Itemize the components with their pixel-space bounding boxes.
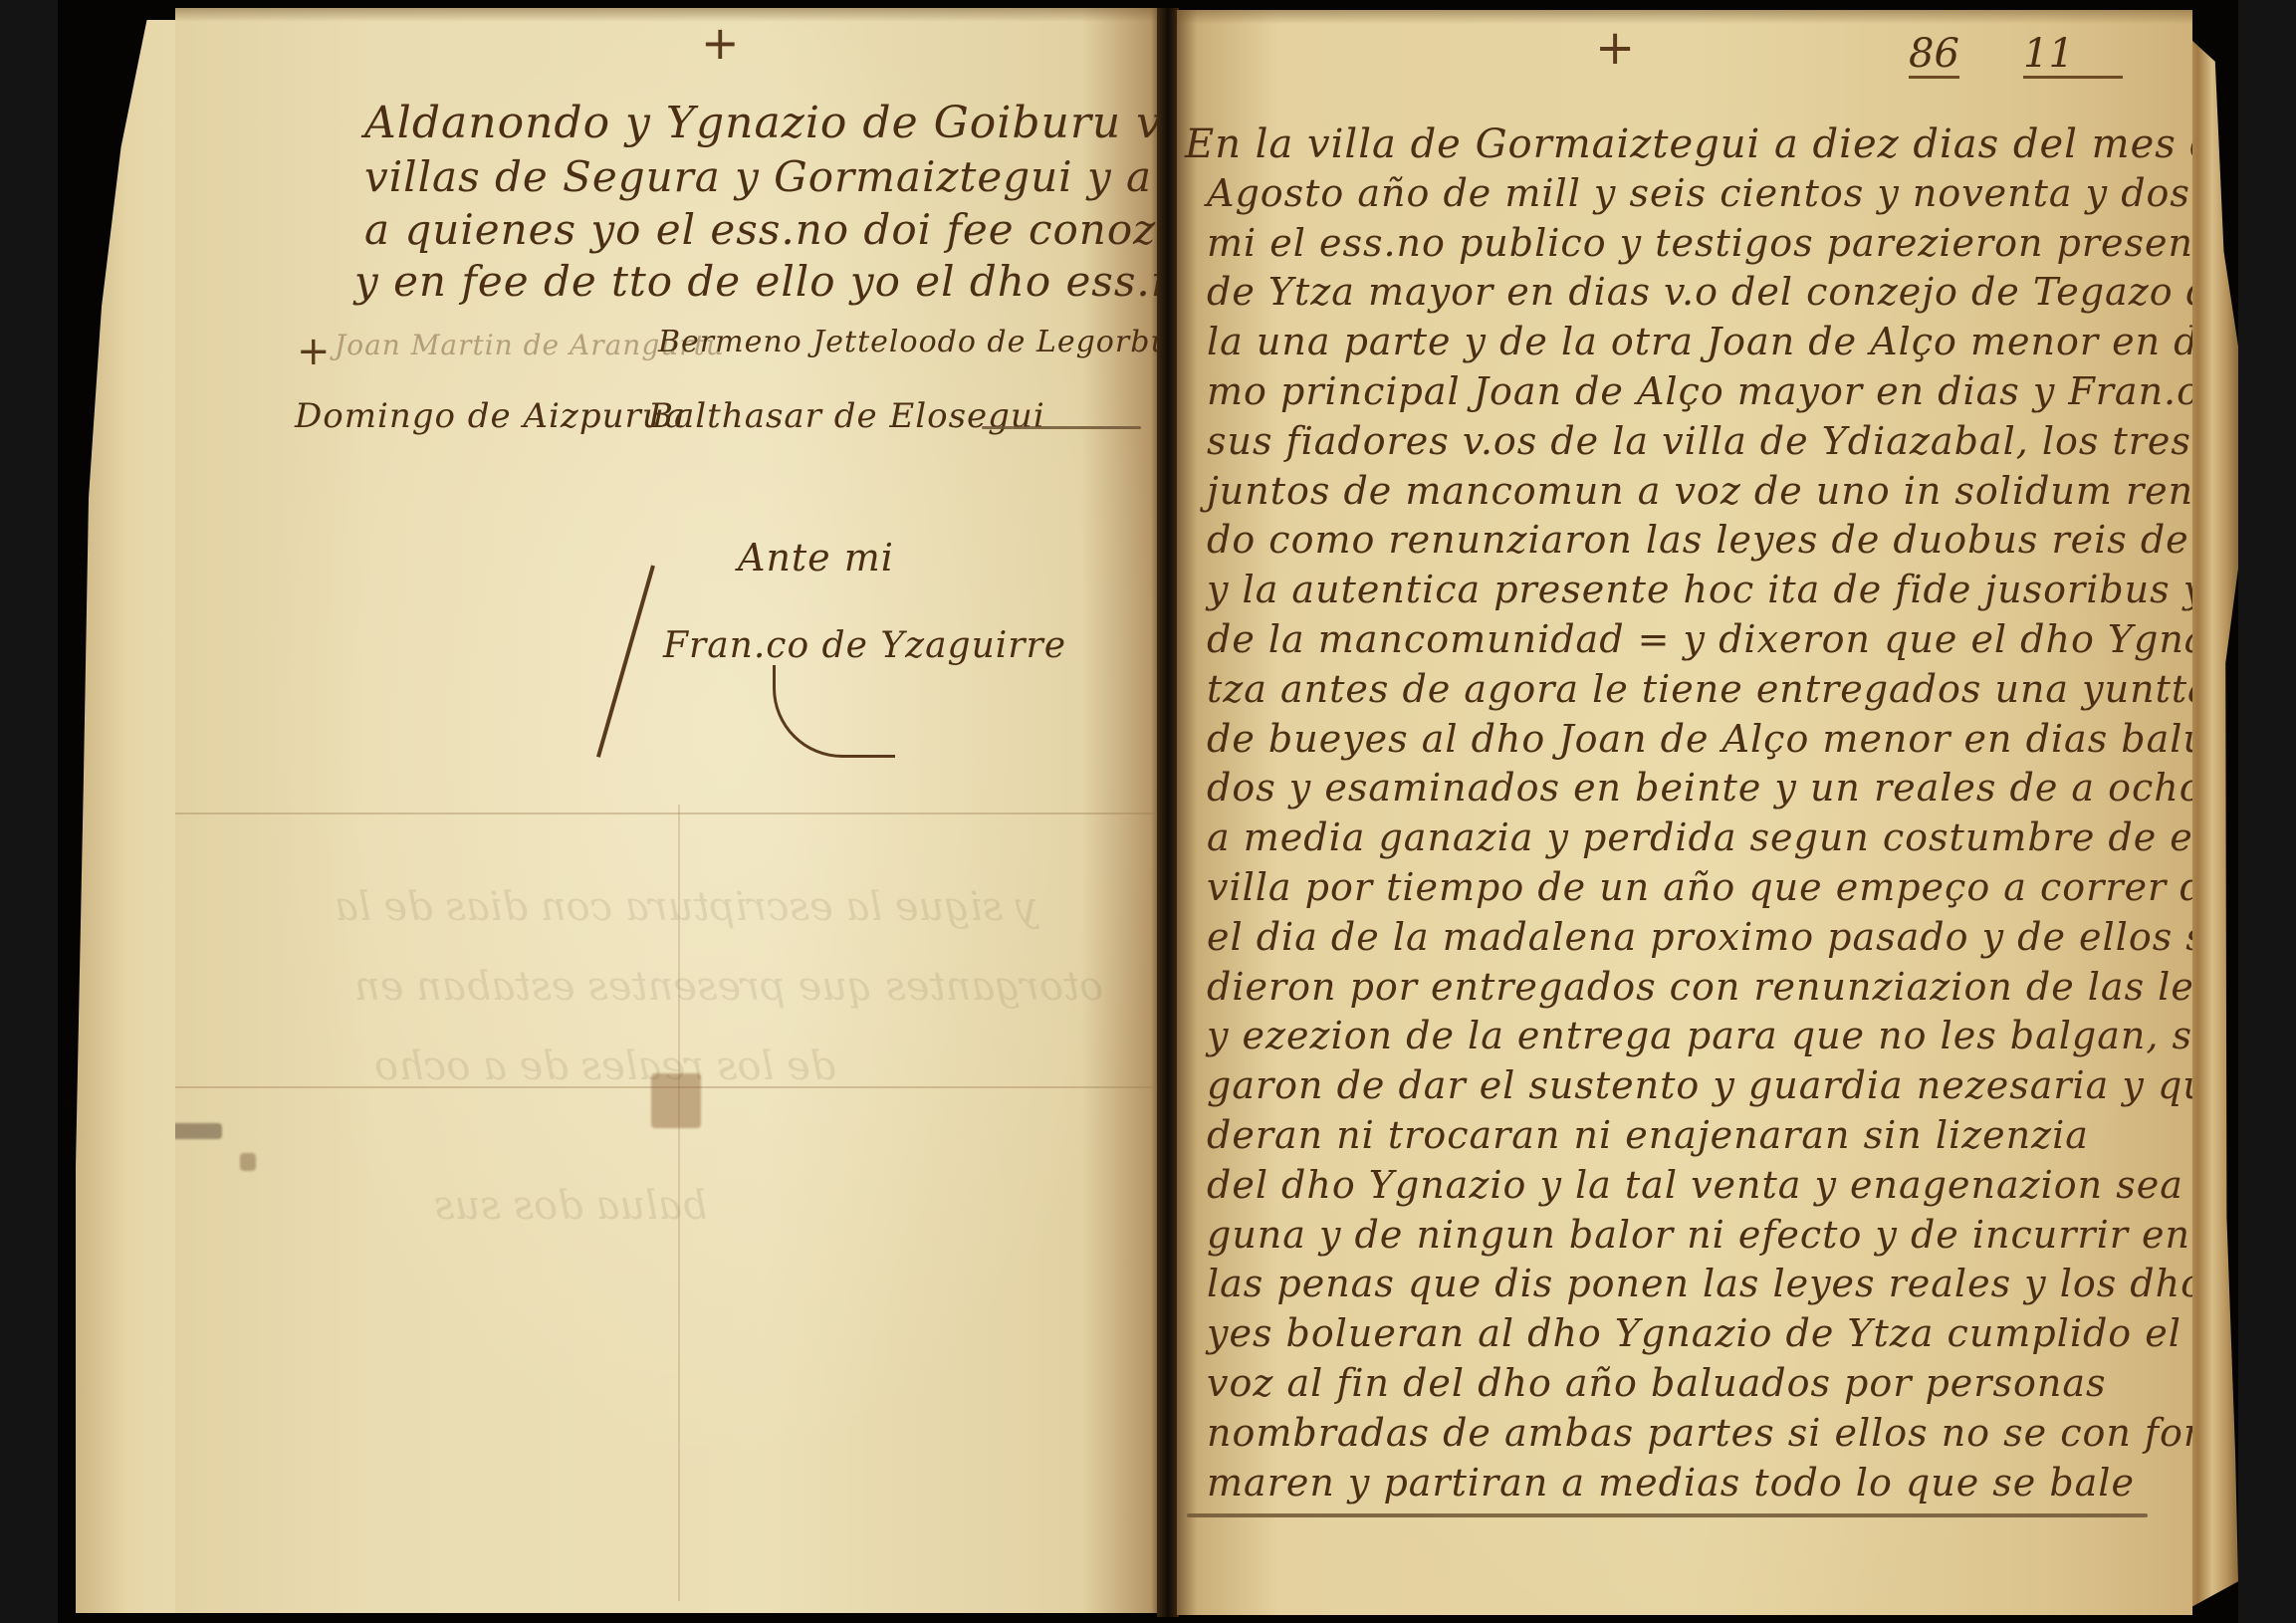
attestation-label: Ante mi: [738, 536, 894, 580]
text-line: Aldanondo y Ygnazio de Goiburu v.os de l…: [364, 98, 1161, 148]
text-line: mi el ess.no publico y testigos parezier…: [1207, 221, 2192, 265]
text-line: del dho Ygnazio y la tal venta y enagena…: [1207, 1163, 2192, 1207]
folio-number: 86: [1909, 32, 1959, 79]
stain: [240, 1153, 256, 1171]
text-line: villas de Segura y Gormaiztegui y a los,…: [364, 152, 1161, 201]
text-line: maren y partiran a medias todo lo que se…: [1207, 1461, 2135, 1505]
text-line: dos y esaminados en beinte y un reales d…: [1207, 766, 2192, 810]
signature: Domingo de Aizpurua: [295, 396, 686, 436]
text-line: a media ganazia y perdida segun costumbr…: [1207, 815, 2192, 859]
text-line: y la autentica presente hoc ita de fide …: [1207, 568, 2192, 611]
text-line: y ezezion de la entrega para que no les …: [1207, 1014, 2192, 1057]
cross-mark: +: [701, 16, 740, 70]
folio-number: 11: [2023, 32, 2123, 79]
text-line: las penas que dis ponen las leyes reales…: [1207, 1262, 2192, 1305]
signature: Bermeno Jetteloodo de Legorburu: [658, 325, 1161, 359]
text-line: y en fee de tto de ello yo el dho ess.no…: [354, 257, 1161, 306]
closing-rule: [1187, 1513, 2148, 1517]
text-line: mo principal Joan de Alço mayor en dias …: [1207, 369, 2192, 413]
text-line: de la mancomunidad = y dixeron que el dh…: [1207, 617, 2192, 661]
cross-mark: +: [1595, 20, 1635, 76]
bleed-through-text: otorgantes que presentes estaban en: [354, 964, 1103, 1010]
fold-line: [175, 812, 1161, 814]
torn-edge: [175, 8, 1161, 22]
text-line: villa por tiempo de un año que empeço a …: [1207, 865, 2192, 909]
text-line: Agosto año de mill y seis cientos y nove…: [1207, 171, 2192, 215]
torn-edge: [1177, 10, 2192, 24]
notary-signature: Fran.co de Yzaguirre: [663, 625, 1066, 666]
bleed-through-text: balua dos sus: [434, 1183, 707, 1229]
bleed-through-text: y sigue la escriptura con dias de la: [335, 884, 1037, 930]
text-line: de bueyes al dho Joan de Alço menor en d…: [1207, 717, 2192, 761]
text-line: do como renunziaron las leyes de duobus …: [1207, 518, 2192, 562]
text-line: sus fiadores v.os de la villa de Ydiazab…: [1207, 419, 2191, 463]
document-viewer: y sigue la escriptura con dias de la oto…: [0, 0, 2296, 1623]
text-line: En la villa de Gormaiztegui a diez dias …: [1185, 121, 2192, 167]
text-line: juntos de mancomun a voz de uno in solid…: [1207, 469, 2192, 513]
left-page: y sigue la escriptura con dias de la oto…: [175, 8, 1161, 1613]
text-line: el dia de la madalena proximo pasado y d…: [1207, 915, 2192, 959]
book-gutter: [1157, 8, 1179, 1617]
text-line: la una parte y de la otra Joan de Alço m…: [1207, 320, 2192, 363]
signature: Balthasar de Elosegui: [648, 396, 1045, 436]
text-line: nombradas de ambas partes si ellos no se…: [1207, 1411, 2192, 1455]
text-line: dieron por entregados con renunziazion d…: [1207, 965, 2192, 1009]
notary-flourish-stroke: [596, 565, 655, 757]
text-line: deran ni trocaran ni enajenaran sin lize…: [1207, 1113, 2089, 1157]
text-line: tza antes de agora le tiene entregados u…: [1207, 667, 2192, 711]
text-line: guna y de ningun balor ni efecto y de in…: [1207, 1213, 2190, 1257]
right-page: + 86 11 En la villa de Gormaiztegui a di…: [1177, 10, 2192, 1615]
notary-flourish-curve: [773, 665, 895, 758]
signature-flourish: [982, 426, 1141, 429]
text-line: garon de dar el sustento y guardia nezes…: [1207, 1063, 2192, 1107]
text-line: de Ytza mayor en dias v.o del conzejo de…: [1207, 270, 2192, 314]
stain: [175, 1123, 222, 1139]
text-line: yes bolueran al dho Ygnazio de Ytza cump…: [1207, 1311, 2181, 1355]
cross-mark: +: [297, 329, 331, 374]
bleed-through-text: de los reales de a ocho: [374, 1043, 835, 1089]
text-line: voz al fin del dho año baluados por pers…: [1207, 1361, 2106, 1405]
text-line: a quienes yo el ess.no doi fee conozco f…: [364, 205, 1161, 254]
